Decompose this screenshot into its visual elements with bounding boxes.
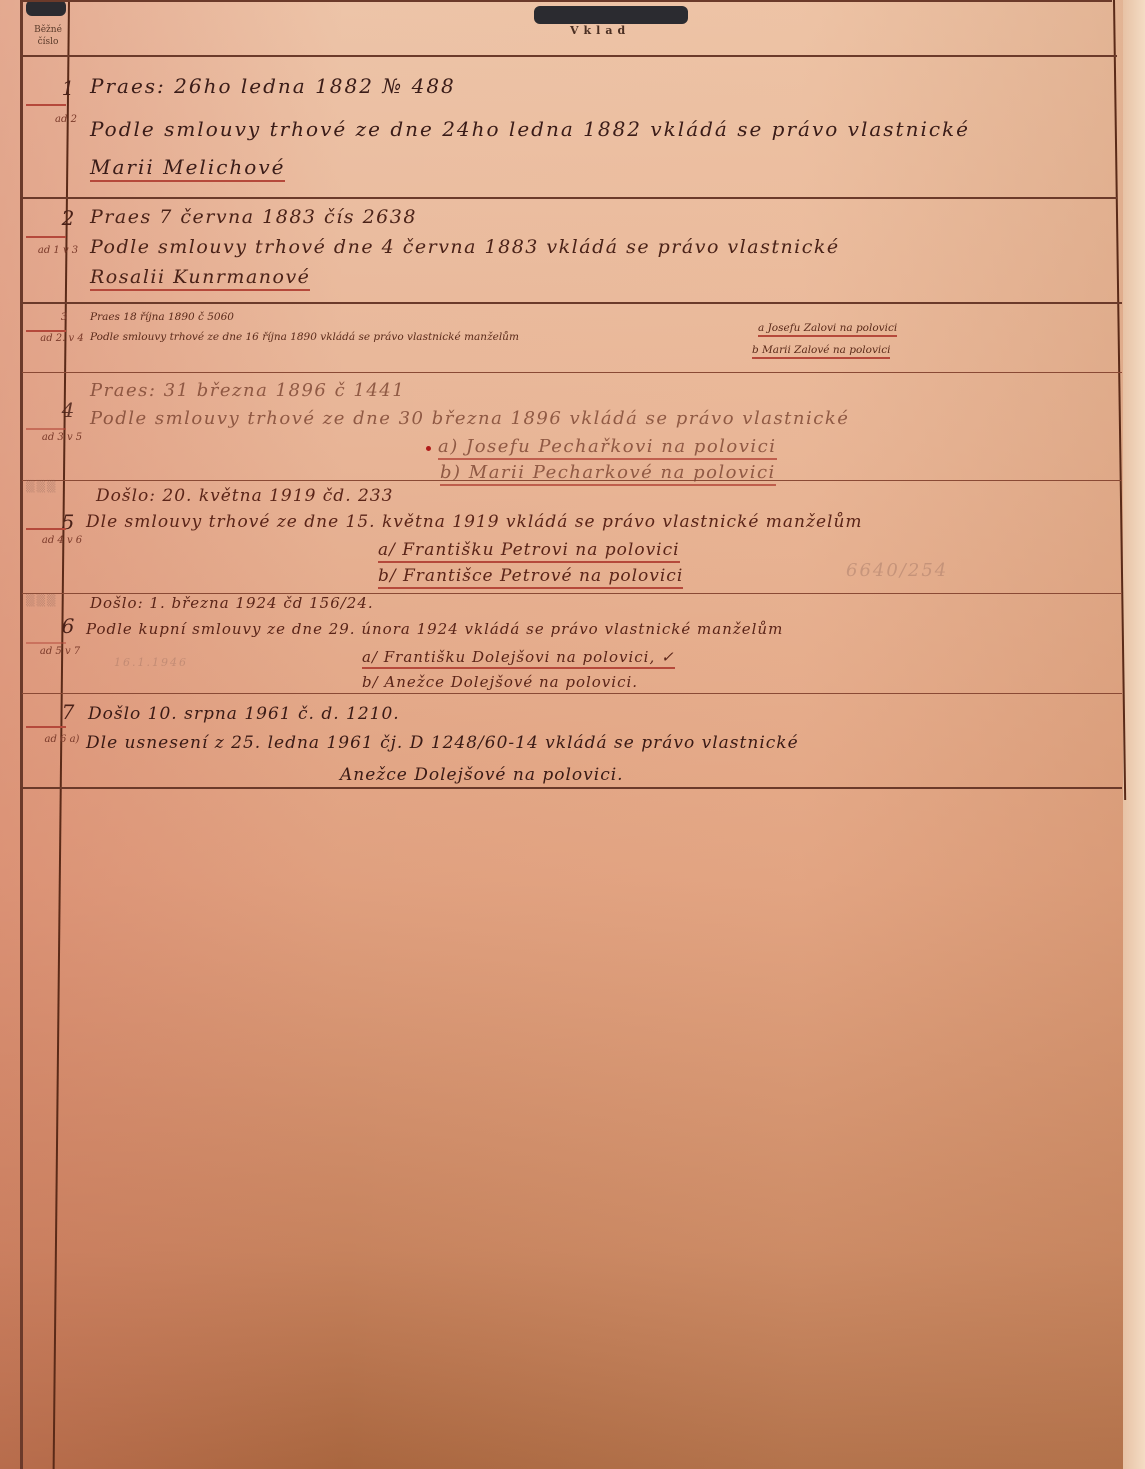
entry-line-2: Podle smlouvy trhové ze dne 24ho ledna 1… [90,117,970,141]
entry-ref: ad 5 v 7 [38,646,82,657]
number-underline [26,330,66,332]
entry-number: 1 [46,76,90,100]
red-mark [426,446,431,451]
entry-line-2: Podle smlouvy trhové ze dne 16 října 189… [90,331,519,343]
entry-line-2: Podle kupní smlouvy ze dne 29. února 192… [86,620,783,638]
header-rule [22,55,1117,57]
entry-number: 2 [46,206,90,230]
owner-name: Anežce Dolejšové na polovici. [340,765,624,785]
owner-name: a Josefu Zalovi na polovici [758,322,897,337]
faint-stamp: 6640/254 [846,560,948,581]
redaction-top-center [534,6,688,24]
faint-stamp: ▒▒▒ [26,594,57,607]
number-underline [26,428,66,430]
entry-number: 5 [46,510,90,534]
row-rule [22,693,1122,694]
owner-name: Marii Melichové [90,155,285,182]
vklad-column-header: Vklad [570,24,630,37]
number-underline [26,726,66,728]
number-underline [26,104,66,106]
number-underline [26,528,66,530]
entry-ref: ad 1 v 3 [36,245,80,256]
owner-name: a) Josefu Pechařkovi na polovici [438,436,777,460]
owner-name: b/ Františce Petrové na polovici [378,566,683,589]
entry-line-1: Praes: 26ho ledna 1882 № 488 [90,74,456,98]
entry-line-2: Dle smlouvy trhové ze dne 15. května 191… [86,512,863,532]
entry-ref: ad 3 v 5 [40,432,84,443]
redaction-top-left [26,0,66,16]
row-rule [22,197,1117,199]
entry-ref: ad 2 [44,114,88,125]
faint-stamp: 16.1.1946 [114,656,188,669]
row-rule [22,302,1122,304]
entry-line-2: Podle smlouvy trhové dne 4 června 1883 v… [90,236,840,258]
owner-name: a/ Františku Petrovi na polovici [378,540,680,563]
number-column-header: Běžné číslo [30,24,66,48]
owner-name: Rosalii Kunrmanové [90,266,310,291]
entry-ref: ad 4 v 6 [40,535,84,546]
entry-number: 7 [46,700,90,724]
entry-line-2: Dle usnesení z 25. ledna 1961 čj. D 1248… [86,733,799,753]
entry-number: 6 [46,614,90,638]
top-rule [22,0,1112,2]
ledger-page: Běžné číslo Vklad 1 ad 2 Praes: 26ho led… [0,0,1145,1469]
owner-name: b Marii Zalové na polovici [752,344,890,359]
entry-ref: ad 6 a) [40,734,84,745]
row-rule [22,372,1122,373]
margin-rule [20,0,23,1469]
entry-line-1: Došlo 10. srpna 1961 č. d. 1210. [88,704,400,724]
page-edge [1123,0,1145,1469]
owner-name: b/ Anežce Dolejšové na polovici. [362,673,638,691]
entry-line-2: Podle smlouvy trhové ze dne 30 března 18… [90,408,849,429]
owner-name: a/ Františku Dolejšovi na polovici, ✓ [362,648,675,669]
number-underline [26,236,66,238]
owner-name: b) Marii Pecharkové na polovici [440,462,776,486]
entry-line-1: Praes 7 června 1883 čís 2638 [90,206,417,228]
entry-line-1: Praes 18 října 1890 č 5060 [90,311,234,323]
entry-number: 4 [46,398,90,422]
row-rule [22,787,1122,789]
entry-line-1: Došlo: 1. března 1924 čd 156/24. [90,594,374,612]
entry-ref: ad 2. v 4 [40,333,84,344]
entry-line-1: Praes: 31 března 1896 č 1441 [90,380,405,401]
entry-number: 3 [42,312,86,323]
faint-stamp: ▒▒▒ [26,480,57,493]
entry-line-1: Došlo: 20. května 1919 čd. 233 [96,486,393,506]
number-underline [26,642,66,644]
